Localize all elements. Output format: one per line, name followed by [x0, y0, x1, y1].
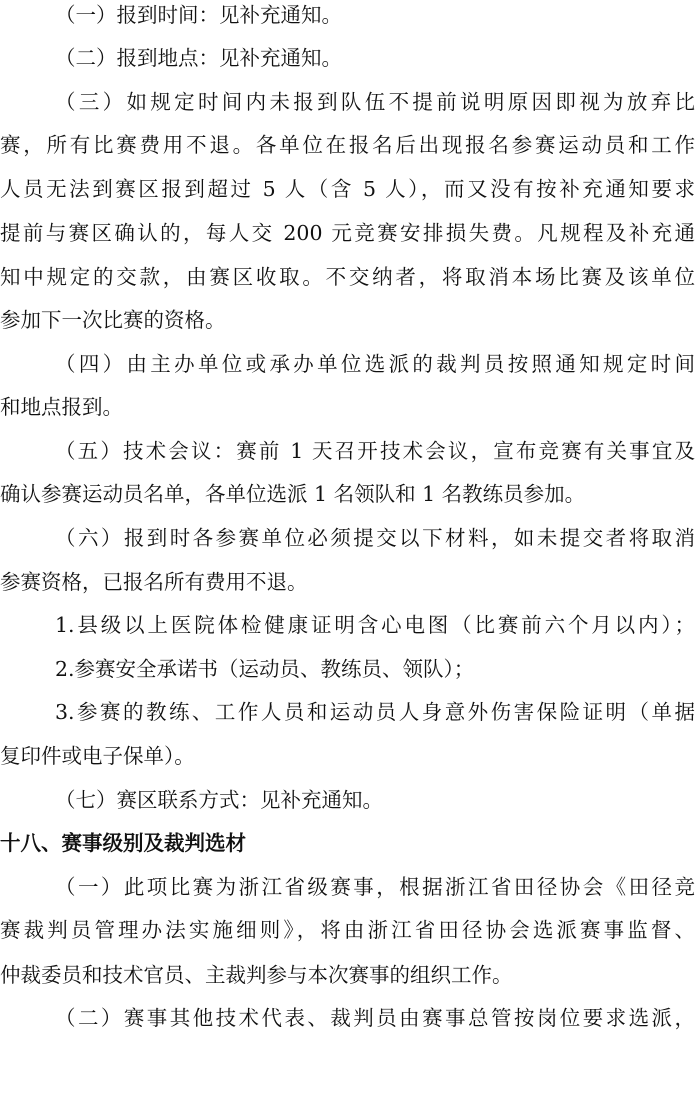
document-page: （一）报到时间：见补充通知。 （二）报到地点：见补充通知。 （三）如规定时间内未…	[0, 0, 695, 1104]
paragraph-line: （一）此项比赛为浙江省级赛事，根据浙江省田径协会《田径竞	[0, 872, 695, 902]
paragraph-line: （五）技术会议：赛前 1 天召开技术会议，宣布竞赛有关事宜及	[0, 436, 695, 466]
paragraph-line: （一）报到时间：见补充通知。	[0, 0, 695, 30]
paragraph-line: 复印件或电子保单）。	[0, 741, 695, 771]
paragraph-line: 确认参赛运动员名单，各单位选派 1 名领队和 1 名教练员参加。	[0, 479, 695, 509]
list-item-2: 2.参赛安全承诺书（运动员、教练员、领队）；	[0, 654, 695, 684]
paragraph-line: 人员无法到赛区报到超过 5 人（含 5 人），而又没有按补充通知要求	[0, 174, 695, 204]
paragraph-line: （三）如规定时间内未报到队伍不提前说明原因即视为放弃比	[0, 87, 695, 117]
paragraph-line: 仲裁委员和技术官员、主裁判参与本次赛事的组织工作。	[0, 960, 695, 990]
paragraph-line: 参加下一次比赛的资格。	[0, 305, 695, 335]
paragraph-line: （二）赛事其他技术代表、裁判员由赛事总管按岗位要求选派，	[0, 1003, 695, 1033]
paragraph-line: 和地点报到。	[0, 392, 695, 422]
paragraph-line: 赛裁判员管理办法实施细则》，将由浙江省田径协会选派赛事监督、	[0, 915, 695, 945]
paragraph-line: （六）报到时各参赛单位必须提交以下材料，如未提交者将取消	[0, 523, 695, 553]
list-item-1: 1.县级以上医院体检健康证明含心电图（比赛前六个月以内）；	[0, 610, 695, 640]
list-item-3: 3.参赛的教练、工作人员和运动员人身意外伤害保险证明（单据	[0, 697, 695, 727]
paragraph-line: （二）报到地点：见补充通知。	[0, 43, 695, 73]
paragraph-line: （四）由主办单位或承办单位选派的裁判员按照通知规定时间	[0, 349, 695, 379]
paragraph-line: 赛，所有比赛费用不退。各单位在报名后出现报名参赛运动员和工作	[0, 130, 695, 160]
paragraph-line: 提前与赛区确认的，每人交 200 元竞赛安排损失费。凡规程及补充通	[0, 218, 695, 248]
paragraph-line: 参赛资格，已报名所有费用不退。	[0, 567, 695, 597]
section-heading: 十八、赛事级别及裁判选材	[0, 828, 695, 858]
paragraph-line: 知中规定的交款，由赛区收取。不交纳者，将取消本场比赛及该单位	[0, 262, 695, 292]
paragraph-line: （七）赛区联系方式：见补充通知。	[0, 785, 695, 815]
